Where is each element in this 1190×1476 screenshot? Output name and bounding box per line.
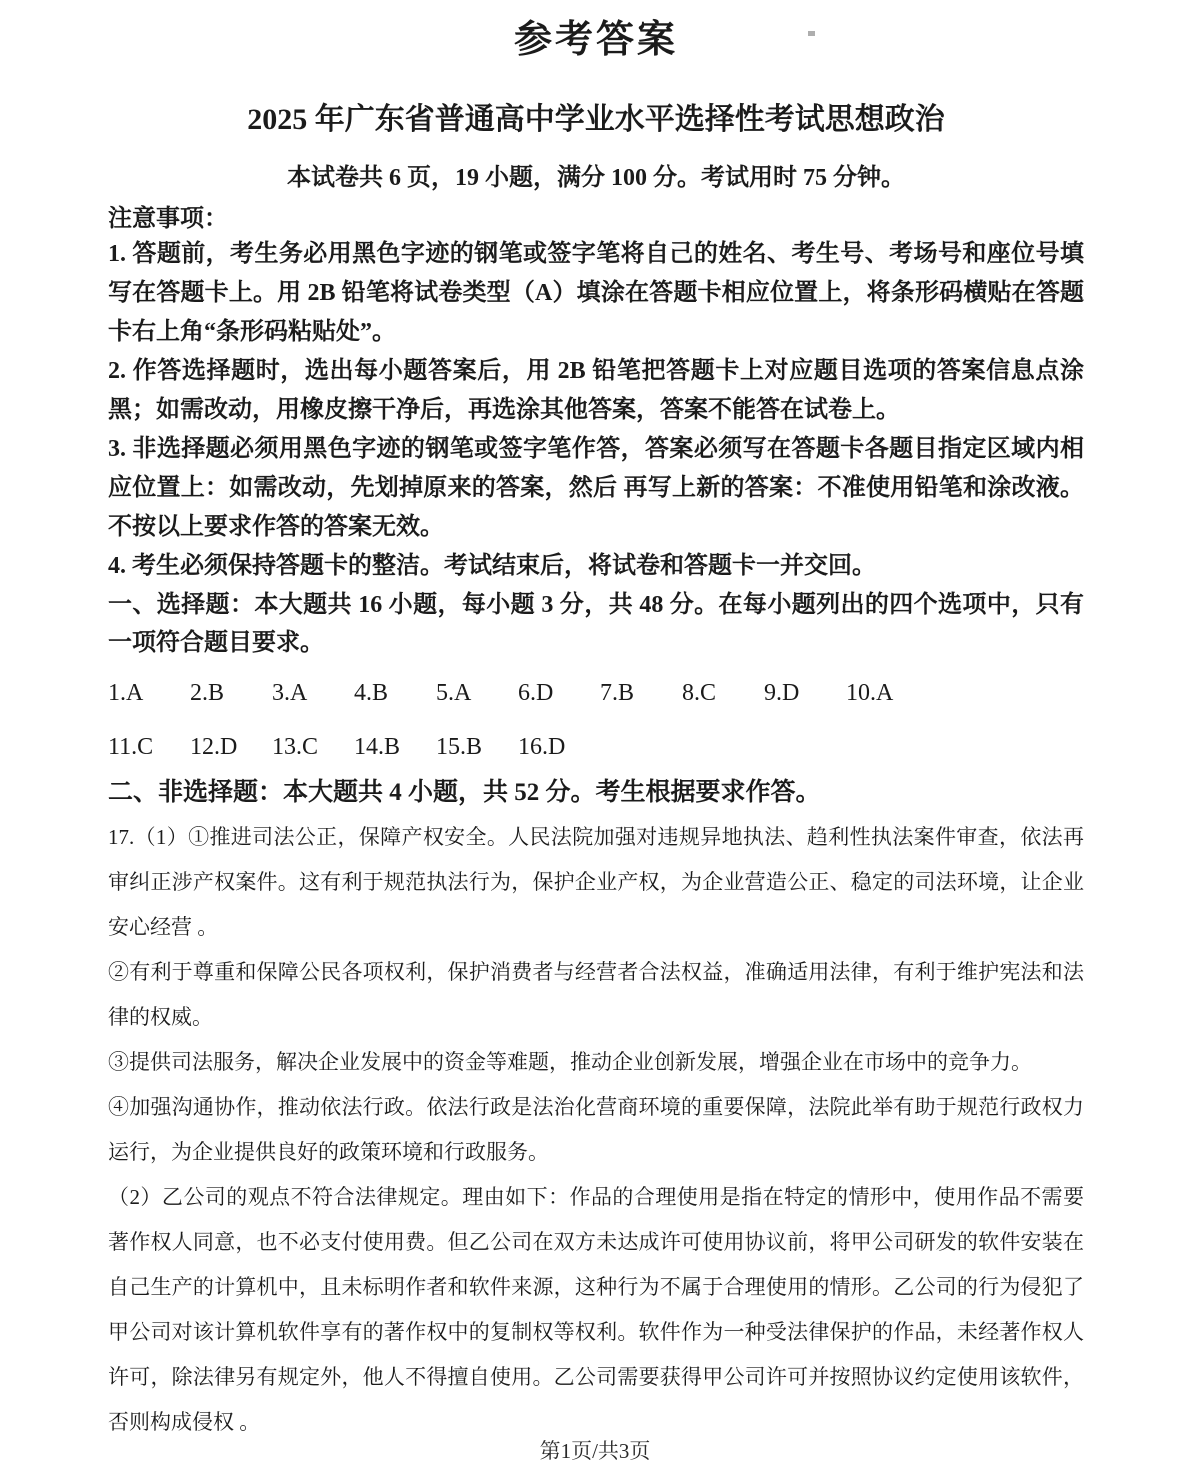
answer-q2: 2.B xyxy=(190,678,272,708)
notice-item-4: 4. 考生必须保持答题卡的整洁。考试结束后，将试卷和答题卡一并交回。 xyxy=(108,547,1084,586)
notice-item-1: 1. 答题前，考生务必用黑色字迹的钢笔或签字笔将自己的姓名、考生号、考场号和座位… xyxy=(108,235,1084,352)
q17-paragraph-4: ④加强沟通协作，推动依法行政。依法行政是法治化营商环境的重要保障，法院此举有助于… xyxy=(108,1085,1084,1175)
answer-sheet-page: 参考答案 2025 年广东省普通高中学业水平选择性考试思想政治 本试卷共 6 页… xyxy=(0,0,1190,1476)
q17-paragraph-3: ③提供司法服务，解决企业发展中的资金等难题，推动企业创新发展，增强企业在市场中的… xyxy=(108,1040,1084,1085)
answer-q11: 11.C xyxy=(108,732,190,762)
scan-speck-artifact xyxy=(808,31,815,36)
document-title: 参考答案 xyxy=(108,16,1084,64)
answer-q12: 12.D xyxy=(190,732,272,762)
choice-answers-row-2: 11.C 12.D 13.C 14.B 15.B 16.D xyxy=(108,732,1084,762)
answer-q7: 7.B xyxy=(600,678,682,708)
answer-q1: 1.A xyxy=(108,678,190,708)
exam-info-line: 本试卷共 6 页，19 小题，满分 100 分。考试用时 75 分钟。 xyxy=(108,163,1084,193)
answer-q3: 3.A xyxy=(272,678,354,708)
answer-q16: 16.D xyxy=(518,732,565,762)
section-choice-heading: 一、选择题：本大题共 16 小题，每小题 3 分，共 48 分。在每小题列出的四… xyxy=(108,586,1084,662)
answer-q14: 14.B xyxy=(354,732,436,762)
answer-q9: 9.D xyxy=(764,678,846,708)
notice-item-2: 2. 作答选择题时，选出每小题答案后，用 2B 铅笔把答题卡上对应题目选项的答案… xyxy=(108,352,1084,430)
section-nonchoice-heading: 二、非选择题：本大题共 4 小题，共 52 分。考生根据要求作答。 xyxy=(108,776,1084,809)
answer-q5: 5.A xyxy=(436,678,518,708)
q17-paragraph-1: 17.（1）①推进司法公正，保障产权安全。人民法院加强对违规异地执法、趋利性执法… xyxy=(108,815,1084,950)
answer-q4: 4.B xyxy=(354,678,436,708)
q17-paragraph-5: （2）乙公司的观点不符合法律规定。理由如下：作品的合理使用是指在特定的情形中，使… xyxy=(108,1175,1084,1445)
answer-q6: 6.D xyxy=(518,678,600,708)
exam-title: 2025 年广东省普通高中学业水平选择性考试思想政治 xyxy=(108,102,1084,138)
answer-q15: 15.B xyxy=(436,732,518,762)
answer-q8: 8.C xyxy=(682,678,764,708)
notice-item-3: 3. 非选择题必须用黑色字迹的钢笔或签字笔作答，答案必须写在答题卡各题目指定区域… xyxy=(108,430,1084,547)
page-number-footer: 第1页/共3页 xyxy=(0,1438,1190,1464)
notice-heading: 注意事项： xyxy=(108,203,1084,235)
q17-paragraph-2: ②有利于尊重和保障公民各项权利，保护消费者与经营者合法权益，准确适用法律，有利于… xyxy=(108,950,1084,1040)
question-17-answer: 17.（1）①推进司法公正，保障产权安全。人民法院加强对违规异地执法、趋利性执法… xyxy=(108,815,1084,1445)
choice-answers-row-1: 1.A 2.B 3.A 4.B 5.A 6.D 7.B 8.C 9.D 10.A xyxy=(108,678,1084,708)
answer-q10: 10.A xyxy=(846,678,893,708)
answer-q13: 13.C xyxy=(272,732,354,762)
